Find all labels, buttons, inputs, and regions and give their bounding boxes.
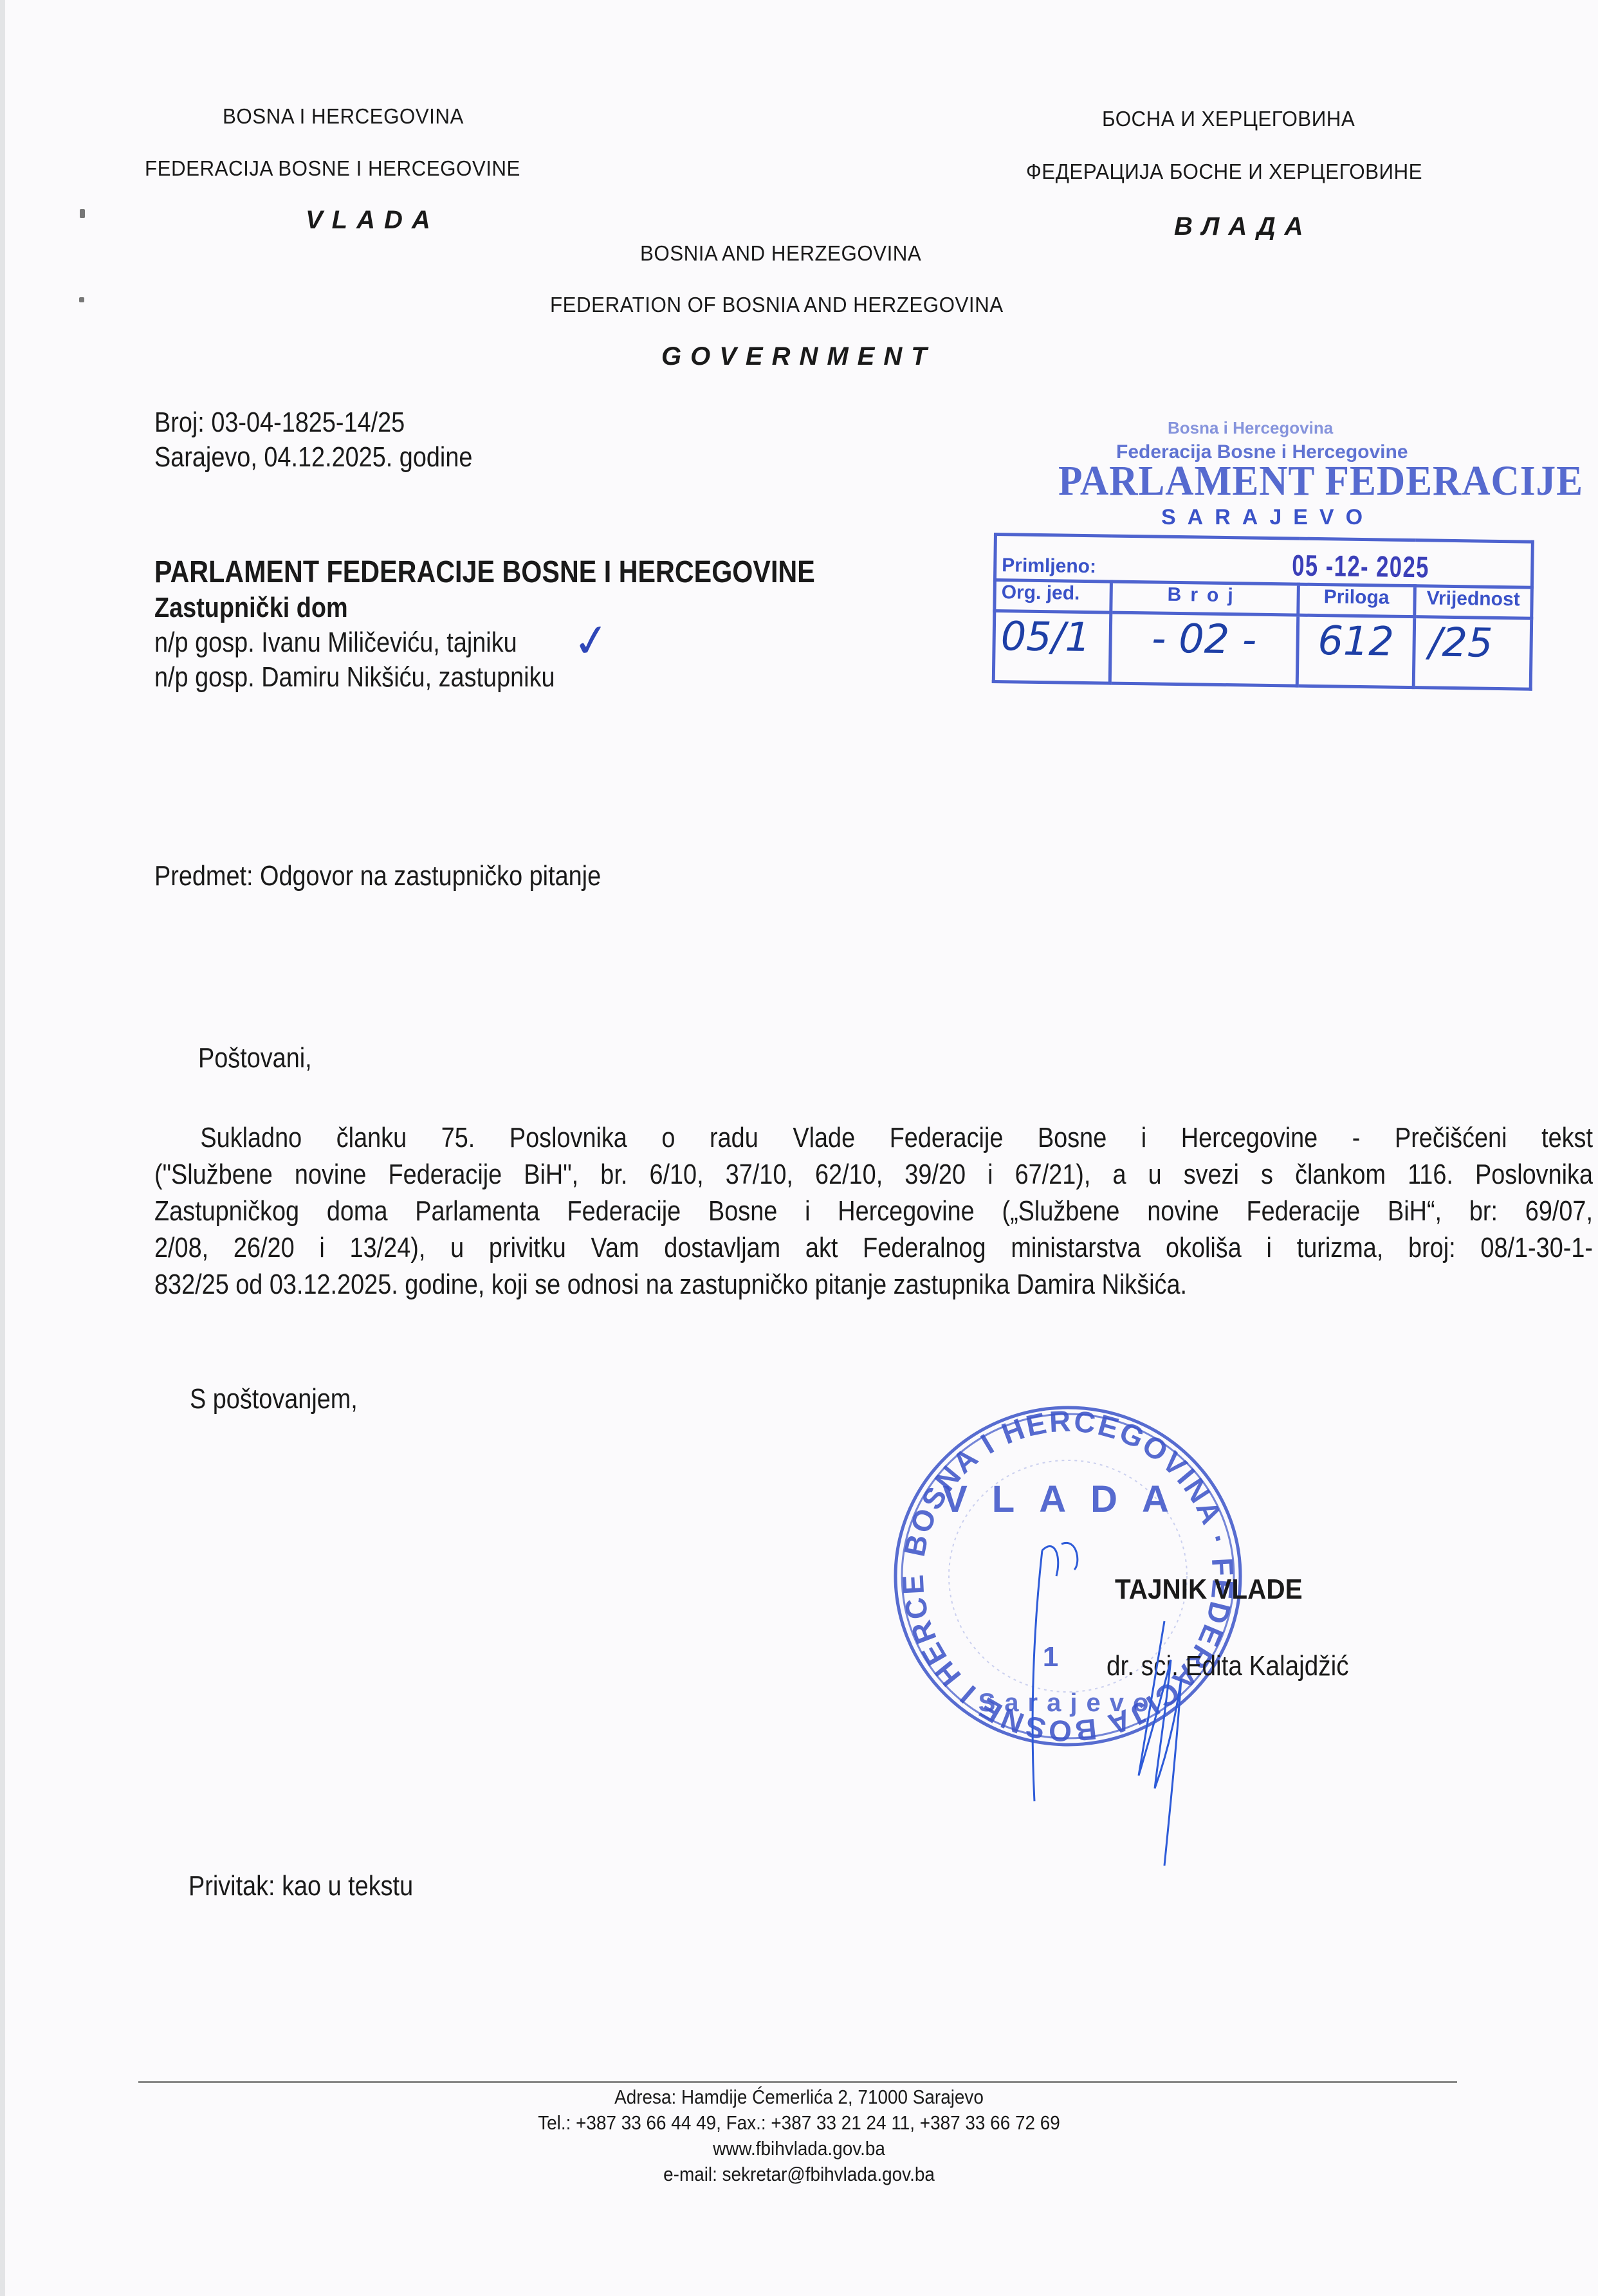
recipient-attn-1: n/p gosp. Ivanu Miličeviću, tajniku [154, 625, 815, 660]
greeting: Poštovani, [198, 1041, 312, 1076]
stamp-val-priloga: 612 [1297, 615, 1415, 688]
reference-block: Broj: 03-04-1825-14/25 Sarajevo, 04.12.2… [154, 405, 472, 475]
stamp-val-broj: - 02 - [1110, 612, 1298, 686]
letterhead-right-line2: ФЕДЕРАЦИЈА БОСНЕ И ХЕРЦЕГОВИНЕ [1026, 160, 1422, 184]
stamp-received-date: 05 -12- 2025 [1292, 547, 1429, 584]
scan-speck [79, 297, 84, 302]
seal-center-text: VLADA [942, 1478, 1193, 1520]
stamp-line1: Bosna i Hercegovina [1168, 418, 1333, 438]
subject: Predmet: Odgovor na zastupničko pitanje [154, 859, 601, 894]
letterhead-left-title: VLADA [306, 206, 439, 235]
scan-edge [0, 0, 5, 2296]
scan-speck [80, 209, 85, 218]
footer: Adresa: Hamdije Ćemerlića 2, 71000 Saraj… [0, 2084, 1598, 2187]
recipient-house: Zastupnički dom [154, 591, 815, 625]
body-line: 832/25 od 03.12.2025. godine, koji se od… [154, 1266, 1593, 1303]
stamp-val-vrijednost: /25 [1413, 617, 1532, 690]
body-line: Sukladno članku 75. Poslovnika o radu Vl… [154, 1119, 1593, 1156]
letterhead-left-line1: BOSNA I HERCEGOVINA [223, 104, 464, 129]
body-line: 2/08, 26/20 i 13/24), u privitku Vam dos… [154, 1229, 1593, 1266]
footer-email-link[interactable]: e-mail: sekretar@fbihvlada.gov.ba [80, 2162, 1518, 2187]
reference-number: Broj: 03-04-1825-14/25 [154, 405, 472, 440]
footer-address: Adresa: Hamdije Ćemerlića 2, 71000 Saraj… [80, 2084, 1518, 2110]
signature-icon [1016, 1531, 1287, 1891]
letterhead-left-line2: FEDERACIJA BOSNE I HERCEGOVINE [145, 156, 520, 181]
footer-divider [138, 2081, 1457, 2083]
recipient-org: PARLAMENT FEDERACIJE BOSNE I HERCEGOVINE [154, 555, 815, 591]
attachment-note: Privitak: kao u tekstu [188, 1869, 413, 1904]
stamp-line3: PARLAMENT FEDERACIJE [1058, 457, 1583, 506]
body-line: Zastupničkog doma Parlamenta Federacije … [154, 1193, 1593, 1229]
stamp-col-vrijednost: Vrijednost [1415, 586, 1532, 619]
stamp-received-cell: Primljeno: 05 -12- 2025 [995, 535, 1532, 588]
stamp-col-org: Org. jed. [995, 580, 1112, 613]
recipient-attn-2: n/p gosp. Damiru Nikšiću, zastupniku [154, 660, 815, 695]
stamp-val-org: 05/1 [993, 611, 1111, 684]
body-line: ("Službene novine Federacije BiH", br. 6… [154, 1156, 1593, 1193]
letterhead-center-line2: FEDERATION OF BOSNIA AND HERZEGOVINA [550, 293, 1004, 317]
closing: S poštovanjem, [190, 1382, 358, 1417]
stamp-received-label: Primljeno: [1002, 555, 1096, 577]
reference-place-date: Sarajevo, 04.12.2025. godine [154, 440, 472, 475]
stamp-col-broj: Broj [1111, 582, 1299, 615]
stamp-line4: SARAJEVO [1161, 505, 1374, 530]
footer-phones: Tel.: +387 33 66 44 49, Fax.: +387 33 21… [80, 2110, 1518, 2136]
received-stamp: Bosna i Hercegovina Federacija Bosne i H… [987, 412, 1541, 708]
letterhead-right-line1: БОСНА И ХЕРЦЕГОВИНА [1102, 107, 1355, 131]
handwritten-signature [1016, 1531, 1287, 1891]
body-paragraph: Sukladno članku 75. Poslovnika o radu Vl… [154, 1119, 1593, 1303]
letterhead-right-title: ВЛАДА [1174, 212, 1312, 241]
letterhead-center-title: GOVERNMENT [661, 342, 936, 371]
footer-web-link[interactable]: www.fbihvlada.gov.ba [80, 2136, 1518, 2162]
recipient-block: PARLAMENT FEDERACIJE BOSNE I HERCEGOVINE… [154, 555, 815, 695]
stamp-table: Primljeno: 05 -12- 2025 Org. jed. Broj P… [992, 533, 1534, 691]
checkmark-icon: ✓ [569, 612, 614, 669]
letterhead-center-line1: BOSNIA AND HERZEGOVINA [640, 241, 921, 266]
stamp-col-priloga: Priloga [1298, 584, 1415, 617]
